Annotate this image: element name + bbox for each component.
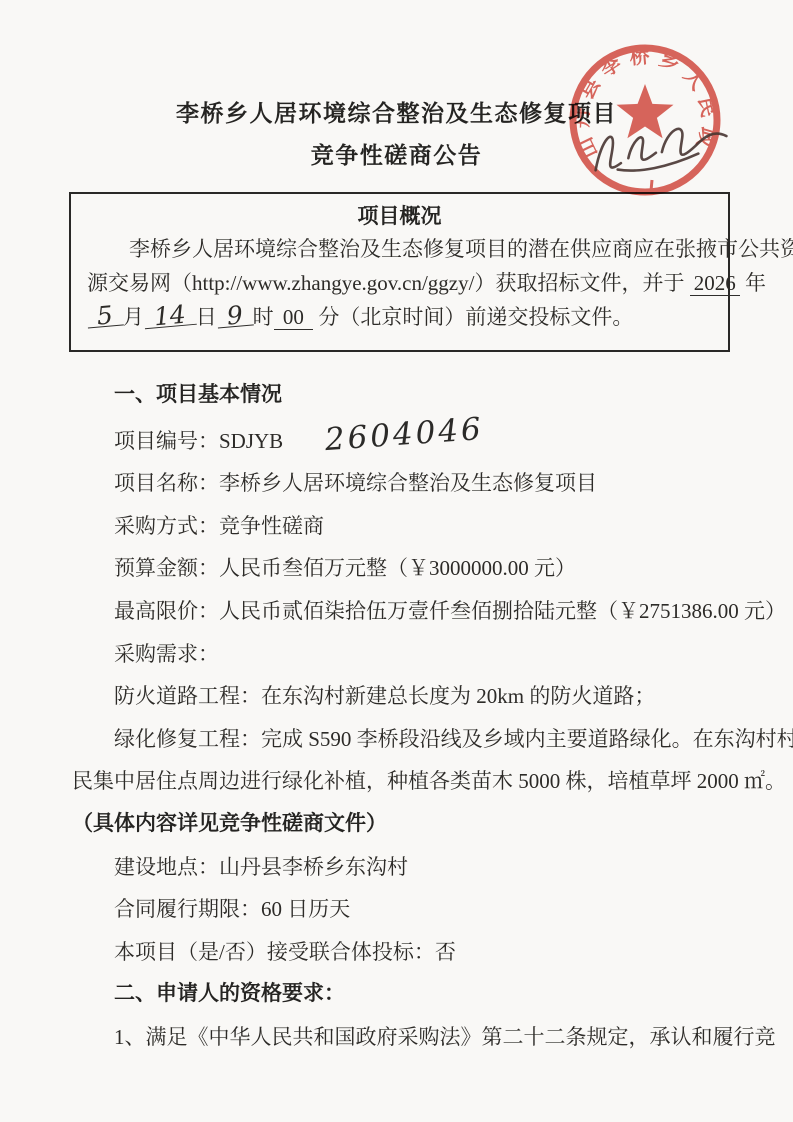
title-line-2: 竞争性磋商公告 <box>0 138 793 172</box>
field-label: 项目编号：SDJYB <box>114 429 283 453</box>
body-line: 一、项目基本情况 <box>72 374 735 417</box>
text-segment: 月 <box>123 305 144 329</box>
body-line: 防火道路工程：在东沟村新建总长度为 20km 的防火道路； <box>72 675 735 718</box>
body-line: 建设地点：山丹县李桥乡东沟村 <box>72 846 735 889</box>
body-line: 二、申请人的资格要求： <box>72 973 735 1016</box>
body-line: 绿化修复工程：完成 S590 李桥段沿线及乡域内主要道路绿化。在东沟村村 <box>72 718 735 761</box>
handwritten-project-number: 2604046 <box>282 408 486 465</box>
text-segment: 年 <box>740 271 766 295</box>
underlined-value: 2026 <box>690 271 740 296</box>
body-line: 采购方式：竞争性磋商 <box>72 505 735 548</box>
underlined-value: 00 <box>274 305 314 330</box>
body-line: 合同履行期限：60 日历天 <box>72 888 735 931</box>
overview-paragraph: 李桥乡人居环境综合整治及生态修复项目的潜在供应商应在张掖市公共资源交易网（htt… <box>87 232 712 334</box>
body-line: 采购需求： <box>72 633 735 676</box>
text-segment: 分（北京时间）前递交投标文件。 <box>313 305 633 329</box>
text-segment: 李桥乡人居环境综合整治及生态修复项目的潜在供应商应在张掖市公共资 <box>129 237 793 261</box>
overview-line: 5月14日9时 00 分（北京时间）前递交投标文件。 <box>87 300 712 334</box>
project-overview-box: 项目概况 李桥乡人居环境综合整治及生态修复项目的潜在供应商应在张掖市公共资源交易… <box>69 192 730 352</box>
body-line: 民集中居住点周边进行绿化补植，种植各类苗木 5000 株，培植草坪 2000 ㎡… <box>72 760 735 803</box>
body-line: 项目编号：SDJYB2604046 <box>72 417 735 463</box>
overview-line: 李桥乡人居环境综合整治及生态修复项目的潜在供应商应在张掖市公共资 <box>87 232 712 266</box>
overview-line: 源交易网（http://www.zhangye.gov.cn/ggzy/）获取招… <box>87 266 712 300</box>
body-line: 本项目（是/否）接受联合体投标：否 <box>72 931 735 974</box>
document-body: 一、项目基本情况项目编号：SDJYB2604046项目名称：李桥乡人居环境综合整… <box>72 374 735 1059</box>
body-line: 项目名称：李桥乡人居环境综合整治及生态修复项目 <box>72 462 735 505</box>
handwritten-blank-value: 14 <box>143 304 196 329</box>
body-line: 1、满足《中华人民共和国政府采购法》第二十二条规定，承认和履行竞 <box>72 1016 735 1059</box>
document-title: 李桥乡人居环境综合整治及生态修复项目 竞争性磋商公告 <box>0 0 793 172</box>
body-line: 最高限价：人民币贰佰柒拾伍万壹仟叁佰捌拾陆元整（￥2751386.00 元） <box>72 590 735 633</box>
handwritten-blank-value: 5 <box>86 304 124 328</box>
seal-tick <box>651 180 652 191</box>
body-line: 预算金额：人民币叁佰万元整（￥3000000.00 元） <box>72 547 735 590</box>
document-page: 山丹县李桥乡人民政府 李桥乡人居环境综合整治及生态修复项目 竞争性磋商公告 项目… <box>0 0 793 1122</box>
overview-box-title: 项目概况 <box>87 202 712 232</box>
handwritten-blank-value: 9 <box>216 304 254 328</box>
title-line-1: 李桥乡人居环境综合整治及生态修复项目 <box>0 96 793 130</box>
text-segment: 时 <box>253 305 274 329</box>
text-segment: 日 <box>196 305 217 329</box>
body-line: （具体内容详见竞争性磋商文件） <box>72 803 735 846</box>
text-segment: 源交易网（http://www.zhangye.gov.cn/ggzy/）获取招… <box>87 271 690 295</box>
